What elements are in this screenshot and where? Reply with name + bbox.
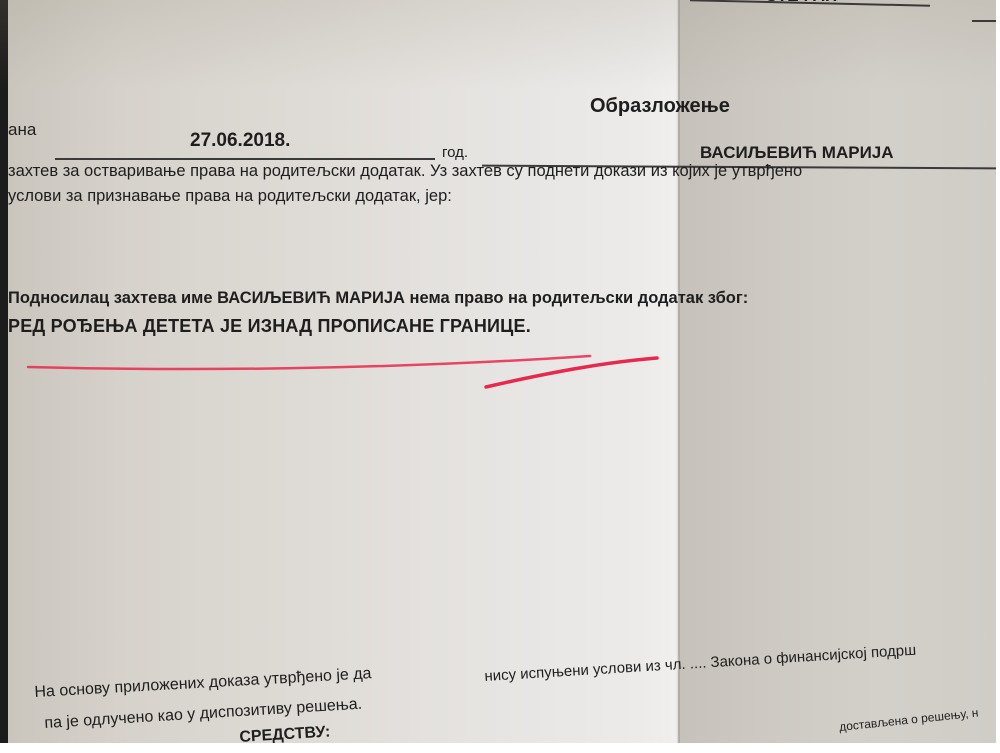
body-line-2: услови за признавање права на родитељски… bbox=[8, 187, 452, 206]
shadow bbox=[0, 0, 996, 90]
decision-line-1: Подносилац захтева име ВАСИЉЕВИЋ МАРИЈА … bbox=[8, 289, 748, 308]
footer-line-1b: нису испуњени услови из чл. .... Закона … bbox=[484, 642, 917, 685]
image-border bbox=[0, 743, 1000, 753]
document-title: Образложење bbox=[590, 95, 730, 118]
footer-line-3: СРЕДСТВУ: bbox=[239, 723, 331, 743]
header-underline-2 bbox=[972, 20, 996, 22]
decision-reason: РЕД РОЂЕЊА ДЕТЕТА ЈЕ ИЗНАД ПРОПИСАНЕ ГРА… bbox=[8, 316, 531, 337]
footer-line-1: На основу приложених доказа утврђено је … bbox=[34, 665, 372, 702]
date-value: 27.06.2018. bbox=[190, 130, 290, 152]
red-pen-underline bbox=[0, 340, 700, 400]
date-prefix: ана bbox=[8, 120, 36, 140]
year-label: год. bbox=[442, 144, 468, 161]
applicant-name: ВАСИЉЕВИЋ МАРИЈА bbox=[700, 143, 894, 163]
date-underline bbox=[55, 158, 435, 160]
document-photo: СТЕФАН Образложење ана 27.06.2018. год. … bbox=[0, 0, 996, 743]
body-line-1: захтев за остваривање права на родитељск… bbox=[8, 162, 802, 181]
footer-line-4: достављена о решењу, н bbox=[839, 705, 979, 734]
